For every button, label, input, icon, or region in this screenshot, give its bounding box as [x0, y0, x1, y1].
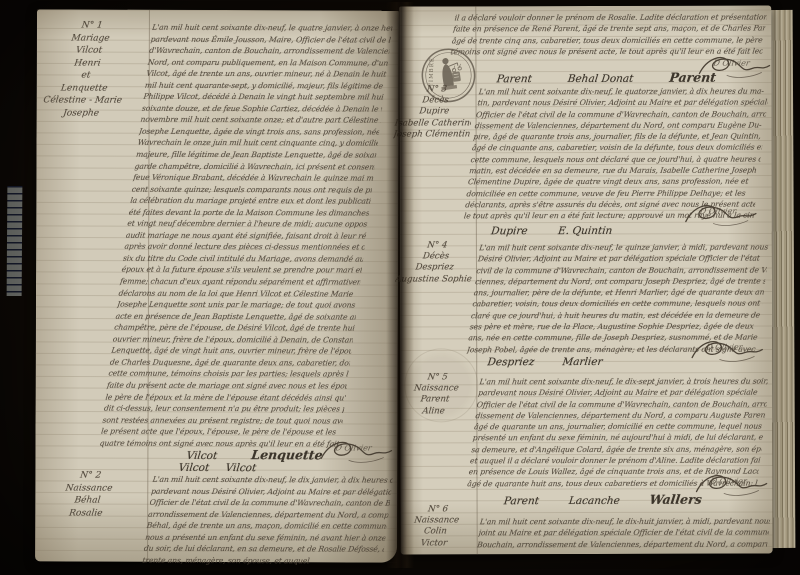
handwritten-line: dit ci-dessus, leur consentement n'a pu … [103, 403, 344, 415]
handwritten-line: cette commune, lesquels nous ont déclaré… [470, 153, 761, 165]
handwritten-line: Wavrechain le onze juin mil huit cent ci… [137, 137, 378, 149]
handwritten-line: âgé de quarante un ans, journalier, domi… [473, 421, 764, 433]
act-2-signature-row: Parent Behal Donat Parent [497, 70, 716, 86]
register-photo: N° 1MariageVilcotHenrietLenquetteCélesti… [0, 0, 800, 575]
svg-text:TIMBRE: TIMBRE [428, 57, 435, 87]
handwritten-line: âgé de trente cinq ans, cabaretier, tous… [451, 34, 764, 46]
handwritten-line: le père de l'époux et la mère de l'épous… [105, 391, 346, 403]
book-gutter [386, 2, 414, 568]
handwritten-line: du soir, de lui déclarant, en sa demeure… [143, 543, 384, 555]
handwritten-line: déclarons au nom de la loi que Henri Vil… [118, 287, 359, 299]
handwritten-line: et vingt neuf décembre dernier à l'heure… [127, 218, 368, 230]
act-6-birth-text: L'an mil huit cent soixante dix-neuf, le… [477, 516, 771, 551]
handwritten-line: Naissance [36, 482, 142, 495]
margin-annotation-act1: N° 1MariageVilcotHenrietLenquetteCélesti… [28, 19, 145, 119]
edge-sticker [7, 186, 23, 296]
act-2-continuation-text: il a déclaré vouloir donner le prénom de… [450, 12, 767, 58]
handwritten-line: Célestine - Marie [30, 94, 136, 107]
handwritten-line: soixante douze, et de feue Sophie Cartie… [141, 103, 382, 115]
signature-wallers: Wallers [649, 492, 703, 507]
signature-parent: Parent [496, 73, 533, 85]
handwritten-line: claré que ce jourd'hui, à huit heures du… [470, 309, 761, 321]
handwritten-line: L'an mil huit cent soixante dix-neuf, le… [479, 516, 770, 528]
officer-signature-paraph: D Olivier [694, 470, 770, 500]
act-5-signature-row: Parent Lacanche Wallers [505, 492, 703, 508]
handwritten-line: pardevant nous Désiré Olivier, Adjoint a… [150, 485, 391, 497]
handwritten-line: cette commune, témoins choisis par les p… [108, 368, 349, 380]
signature-vilcot: Vilcot [178, 462, 210, 474]
signature-dupire: Dupire [490, 225, 528, 237]
handwritten-line: audit mariage ne nous ayant été signifié… [125, 230, 366, 242]
signature-quintin: E. Quintin [557, 225, 613, 237]
handwritten-line: Clémentine Dupire, âgée de quatre vingt … [467, 176, 758, 188]
handwritten-line: ouvrier mineur, frère de l'époux, domici… [112, 333, 353, 345]
handwritten-line: six du titre du Code civil intitulé du M… [122, 253, 363, 265]
handwritten-line: ciennes, département du Nord, ont compar… [474, 275, 765, 287]
handwritten-line: sont restées annexées au présent registr… [102, 414, 343, 426]
officer-signature-paraph: D Olivier [319, 436, 395, 466]
handwritten-line: Josephe Lenquette, âgée de vingt trois a… [138, 126, 379, 138]
handwritten-line: pardevant nous Désiré Olivier, Adjoint a… [478, 387, 769, 399]
act-4-signature-row: Despriez Marlier [488, 356, 603, 368]
handwritten-line: présenté un enfant du sexe féminin, né a… [472, 432, 763, 444]
handwritten-line: faite du présent acte de mariage ont sig… [106, 380, 347, 392]
handwritten-line: Vilcot, âgé de trente un ans, ouvrier mi… [146, 68, 387, 80]
handwritten-line: Rosalie [33, 507, 139, 520]
handwritten-line: arrondissement de Valenciennes, départem… [148, 508, 389, 520]
signature-vilcot: Vilcot [186, 450, 218, 462]
handwritten-line: dissement de Valenciennes, département d… [475, 409, 766, 421]
handwritten-line: L'an mil huit cent soixante dix-neuf, le… [479, 376, 770, 388]
signature-parent: Parent [668, 70, 716, 85]
signature-lacanche: Lacanche [568, 495, 620, 507]
handwritten-line: nous a présenté un enfant du sexe fémini… [145, 531, 386, 543]
handwritten-line: après avoir donné lecture des pièces ci-… [124, 241, 365, 253]
handwritten-line: de Charles Duquesne, âgé de quarante deu… [109, 356, 350, 368]
handwritten-line: domiciliée en cette commune, veuve de fe… [466, 187, 757, 199]
handwritten-line: âgé de cinquante ans, cabaretier, voisin… [471, 142, 762, 154]
handwritten-line: Philippe Vilcot, décédé à Denain le ving… [143, 91, 384, 103]
signature-lenquette: Lenquette [250, 447, 323, 462]
handwritten-line: L'an mil huit cent soixante dix-neuf, le… [152, 474, 393, 486]
officer-signature-paraph: D Olivier [690, 336, 766, 366]
handwritten-line: mil huit cent quarante-sept, y domicilié… [144, 79, 385, 91]
handwritten-line: Officier de l'état civil de la commune d… [149, 497, 390, 509]
handwritten-line: Béhal [35, 494, 141, 507]
signature-marlier: Marlier [562, 356, 603, 368]
handwritten-line: Lenquette, âgé de vingt huit ans, ouvrie… [111, 345, 352, 357]
handwritten-line: Officier de l'état civil de la commune d… [475, 108, 766, 120]
signature-behal-donat: Behal Donat [567, 73, 634, 85]
handwritten-line: la célébration du mariage projeté entre … [130, 195, 371, 207]
officer-signature-label: D Olivier [710, 477, 748, 486]
handwritten-line: pardevant nous Émile Jousson, Maire, Off… [150, 33, 391, 45]
handwritten-line: Mariage [38, 32, 144, 45]
handwritten-line: L'an mil huit cent soixante dix-neuf, le… [479, 242, 770, 254]
officer-signature-label: D Olivier [705, 343, 743, 352]
handwritten-line: été faites devant la porte de la Maison … [128, 206, 369, 218]
handwritten-line: ans, journalier, père de la défunte, et … [473, 287, 764, 299]
handwritten-line: ses père et mère, rue de la Place, Augus… [469, 321, 760, 333]
handwritten-line: Josephe Lenquette sont unis par le maria… [116, 299, 357, 311]
margin-annotation-act2: N° 2NaissanceBéhalRosalie [33, 469, 143, 519]
handwritten-line: Désiré Olivier, Adjoint au Maire et par … [477, 253, 768, 265]
handwritten-line: garde champêtre, domicilié à Wavrechain,… [134, 160, 375, 172]
signature-parent: Parent [503, 495, 540, 507]
handwritten-line: pire, âgé de quarante trois ans, journal… [473, 131, 764, 143]
handwritten-line: et auquel il a déclaré vouloir donner le… [469, 455, 760, 467]
handwritten-line: Officier de l'état civil de la commune d… [476, 398, 767, 410]
handwritten-line: d'Wavrechain, canton de Bouchain, arrond… [149, 45, 390, 57]
handwritten-line: Vilcot [36, 44, 142, 57]
handwritten-line: majeure, fille légitime de Jean Baptiste… [135, 149, 376, 161]
handwritten-line: Bouchain, arrondissement de Valenciennes… [477, 538, 768, 550]
officer-signature-label: D Olivier [713, 59, 751, 68]
handwritten-line: Béhal, âgé de trente un ans, maçon, domi… [146, 520, 387, 532]
handwritten-line: L'an mil huit cent soixante dix-neuf, le… [151, 22, 392, 34]
handwritten-line: et [33, 69, 139, 82]
handwritten-line: dissement de Valenciennes, département d… [474, 119, 765, 131]
officer-signature-label: D Olivier [335, 443, 373, 452]
signature-despriez: Despriez [487, 356, 535, 368]
handwritten-line: Josephe [28, 107, 134, 120]
handwritten-line: L'an mil huit cent soixante dix-neuf, le… [478, 86, 769, 98]
handwritten-line: tin, pardevant nous Désiré Olivier, Adjo… [477, 97, 768, 109]
handwritten-line: champêtre, père de l'épouse, de Désiré V… [114, 322, 355, 334]
handwritten-line: cabaretier, voisin, tous deux domiciliés… [472, 298, 763, 310]
handwritten-line: novembre mil huit cent soixante onze; et… [140, 114, 381, 126]
handwritten-line: N° 2 [38, 469, 144, 482]
act-1-signature-row-1: Vilcot Lenquette [187, 447, 323, 462]
act-3-signature-row: Dupire E. Quintin [492, 225, 613, 237]
handwritten-line: faite en présence de René Parent, âgé de… [453, 23, 766, 35]
officer-signature-paraph: D Olivier [684, 200, 760, 230]
act-2-birth-text: L'an mil huit cent soixante dix-neuf, le… [142, 474, 394, 567]
register-left-page: N° 1MariageVilcotHenrietLenquetteCélesti… [35, 9, 399, 562]
handwritten-line: Lenquette [31, 82, 137, 95]
handwritten-line: le présent acte que l'époux, l'épouse, l… [100, 426, 341, 438]
handwritten-line: matin, est décédée en sa demeure, rue du… [469, 165, 760, 177]
handwritten-line: civil de la commune d'Wavrechain, canton… [476, 264, 767, 276]
handwritten-line: cent soixante quinze; lesquels comparant… [131, 183, 372, 195]
handwritten-line: trente ans, ménagère, son épouse, et auq… [142, 555, 383, 567]
handwritten-line: époux et à la future épouse s'ils veulen… [121, 264, 362, 276]
handwritten-line: N° 1 [39, 19, 145, 32]
handwritten-line: acte en présence de Jean Baptiste Lenque… [115, 310, 356, 322]
handwritten-line: il a déclaré vouloir donner le prénom de… [454, 12, 767, 24]
handwritten-line: sa demeure, et d'Angélique Colard, âgée … [471, 443, 762, 455]
act-1-marriage-text: L'an mil huit cent soixante dix-neuf, le… [99, 22, 393, 450]
handwritten-line: feue Véronique Brabant, décédée à Wavrec… [133, 172, 374, 184]
register-right-page: il a déclaré vouloir donner le prénom de… [399, 6, 772, 555]
handwritten-line: Henri [35, 57, 141, 70]
handwritten-line: Nord, ont comparu publiquement, en la Ma… [147, 56, 388, 68]
handwritten-line: joint au Maire et par délégation spécial… [478, 527, 769, 539]
signature-vilcot: Vilcot [224, 462, 256, 474]
handwritten-line: femme; chacun d'eux ayant répondu séparé… [119, 276, 360, 288]
officer-signature-label: D Olivier [699, 207, 737, 216]
act-1-signature-row-2: Vilcot Vilcot [179, 462, 256, 474]
